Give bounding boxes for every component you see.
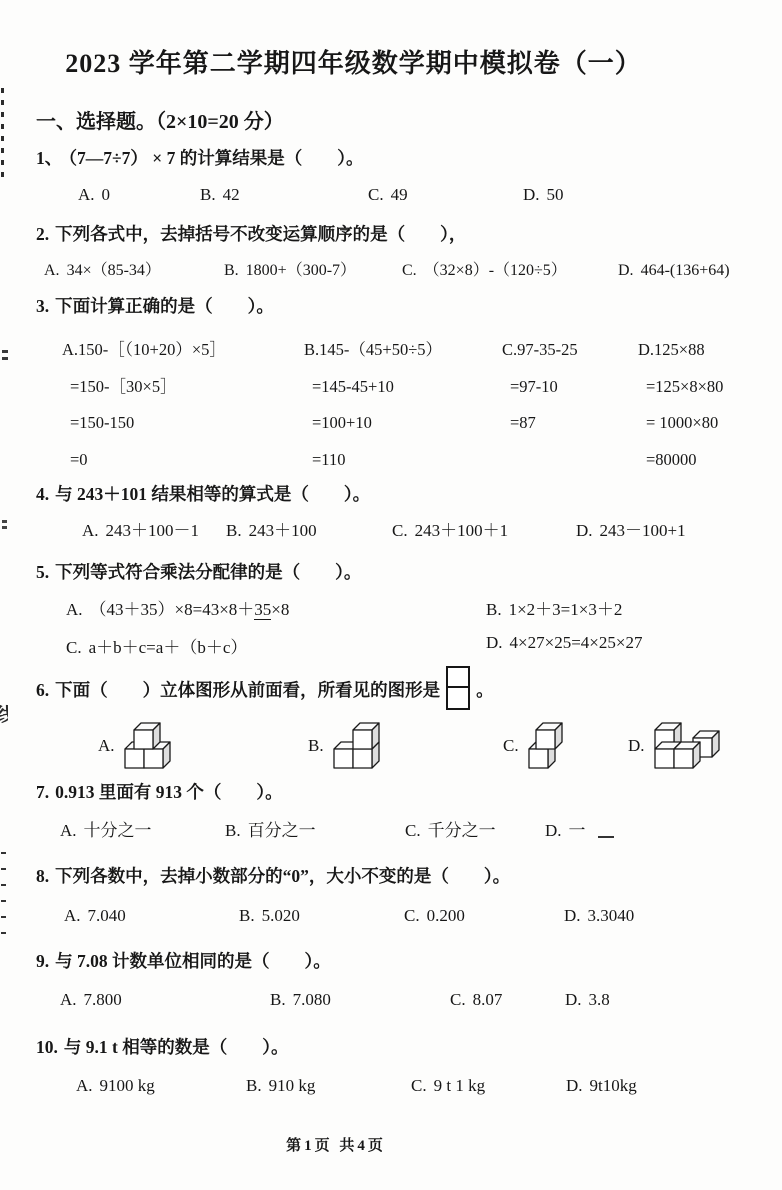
cube-figure-b [332,722,380,770]
option-a: A.7.800 [60,987,270,1012]
cube-figure-d [653,722,721,770]
option-text: （32×8）-（120÷5） [424,262,567,279]
option-text: 1800+（300-7） [246,262,356,279]
work-step: =0 [62,442,304,479]
option-b: B.910 kg [246,1073,411,1098]
option-c: C.243＋100＋1 [392,518,576,543]
question-number: 2. [36,224,49,244]
option-b: B.1×2＋3=1×3＋2 [486,595,766,620]
option-label: D. [618,262,634,279]
work-expression: 125×88 [654,340,705,359]
option-a: A. [98,722,308,770]
option-text: （43＋35）×8=43×8＋35×8 [90,600,290,620]
option-label: D. [576,521,593,540]
option-label: B. [224,262,239,279]
question-text: 下列各式中，去掉括号不改变运算顺序的是（ ）， [55,224,466,244]
option-text: 243＋100 [249,521,317,540]
option-text: 3.3040 [588,906,635,925]
question-7-stem: 7.0.913 里面有 913 个（ ）。 [36,780,766,805]
option-text: 49 [391,185,408,204]
option-label: C. [411,1076,427,1095]
question-4-options: A.243＋100－1 B.243＋100 C.243＋100＋1 D.243－… [36,518,766,543]
option-label: A. [62,340,78,359]
option-a: A.34×（85-34） [44,258,224,283]
option-text: 百分之一 [248,821,316,840]
option-label: D. [564,906,581,925]
option-label: D. [565,990,582,1009]
option-d: D.9t10kg [566,1073,766,1098]
question-8-options: A.7.040 B.5.020 C.0.200 D.3.3040 [36,903,766,928]
option-text: 910 kg [269,1076,316,1095]
question-4-stem: 4.与 243＋101 结果相等的算式是（ ）。 [36,482,766,507]
option-label: C. [402,262,417,279]
option-a: A.9100 kg [76,1073,246,1098]
question-1-options: A.0 B.42 C.49 D.50 [36,182,766,207]
option-b: B.百分之一 [225,818,405,843]
work-head: A.150-［（10+20）×5］ [62,332,304,369]
option-c: C.（32×8）-（120÷5） [402,258,618,283]
option-label: A. [60,821,77,840]
work-expression: 97-35-25 [517,340,578,359]
option-a: A.十分之一 [60,818,225,843]
option-text-pre: （43＋35）×8=43×8＋ [90,600,255,619]
question-number: 10. [36,1037,58,1057]
option-label: D. [486,633,503,652]
option-label: B. [270,990,286,1009]
question-text: 0.913 里面有 913 个（ ）。 [55,782,283,802]
option-text: 9 t 1 kg [434,1076,485,1095]
work-step: =80000 [638,442,766,479]
option-text-underlined: 35 [254,600,271,620]
option-label: B. [225,821,241,840]
cube-figure-a [123,722,171,770]
option-label: A. [76,1076,93,1095]
work-column-d: D.125×88 =125×8×80 = 1000×80 =80000 [638,332,766,478]
option-text: 34×（85-34） [67,262,161,279]
question-number: 7. [36,782,49,802]
option-label: C. [450,990,466,1009]
option-a: A.（43＋35）×8=43×8＋35×8 [66,595,486,620]
option-d: D.一 [545,818,766,843]
option-d: D.3.3040 [564,903,766,928]
option-b: B.243＋100 [226,518,392,543]
option-a: A.243＋100－1 [82,518,226,543]
option-label: B. [486,600,502,619]
question-number: 3. [36,296,49,316]
work-step: =110 [304,442,502,479]
question-9-stem: 9.与 7.08 计数单位相同的是（ ）。 [36,949,766,974]
option-label: C. [404,906,420,925]
option-label: A. [82,521,99,540]
question-number: 9. [36,951,49,971]
option-text: 5.020 [262,906,300,925]
question-2-stem: 2.下列各式中，去掉括号不改变运算顺序的是（ ）， [36,222,766,247]
option-label: B. [226,521,242,540]
question-10-stem: 10.与 9.1 t 相等的数是（ ）。 [36,1035,766,1060]
reference-figure-two-stacked-squares [446,666,470,710]
question-text: 与 7.08 计数单位相同的是（ ）。 [55,951,331,971]
option-label: C. [503,736,519,756]
option-text: 7.080 [293,990,331,1009]
question-9-options: A.7.800 B.7.080 C.8.07 D.3.8 [36,987,766,1012]
option-label: D. [628,736,645,756]
page-title: 2023 学年第二学期四年级数学期中模拟卷（一） [36,46,671,82]
page-footer: 第1页 共4页 [36,1134,766,1155]
option-c: C.a＋b＋c=a＋（b＋c） [66,633,486,658]
option-label: A. [44,262,60,279]
option-text: 千分之一 [428,821,496,840]
option-text: 1×2＋3=1×3＋2 [509,600,623,619]
option-d: D. [628,722,766,770]
option-d: D.464-(136+64) [618,258,766,283]
work-column-b: B.145-（45+50÷5） =145-45+10 =100+10 =110 [304,332,502,478]
option-label: A. [64,906,81,925]
question-6-options: A. B. C. D. [36,722,766,770]
question-5-options: A.（43＋35）×8=43×8＋35×8 B.1×2＋3=1×3＋2 C.a＋… [36,595,766,658]
option-label: B. [246,1076,262,1095]
option-text: 0 [102,185,111,204]
question-text: （7—7÷7） × 7 的计算结果是（ ）。 [68,148,363,168]
option-text: 9100 kg [100,1076,155,1095]
option-text: 243－100+1 [600,521,686,540]
option-label: C. [405,821,421,840]
question-number: 1、 [36,148,62,168]
option-text: a＋b＋c=a＋（b＋c） [89,638,248,657]
option-label: B. [308,736,324,756]
option-b: B.5.020 [239,903,404,928]
question-text: 下面（ ）立体图形从前面看，所看见的图形是 [55,680,440,700]
question-text-end: 。 [476,680,494,700]
option-text: 9t10kg [590,1076,637,1095]
option-a: A.0 [78,182,200,207]
option-text-post: ×8 [271,600,289,619]
option-text: 243＋100＋1 [415,521,509,540]
question-8-stem: 8.下列各数中，去掉小数部分的“0”，大小不变的是（ ）。 [36,864,766,889]
option-label: B. [304,340,319,359]
option-c: C.9 t 1 kg [411,1073,566,1098]
option-a: A.7.040 [64,903,239,928]
option-text: 42 [223,185,240,204]
question-6-stem: 6.下面（ ）立体图形从前面看，所看见的图形是。 [36,666,766,710]
option-label: B. [239,906,255,925]
exam-sheet: 2023 学年第二学期四年级数学期中模拟卷（一） 一、选择题。（2×10=20 … [0,0,782,1190]
option-b: B.42 [200,182,368,207]
option-d: D.3.8 [565,987,766,1012]
option-text: 7.800 [84,990,122,1009]
work-step: =125×8×80 [638,369,766,406]
work-step: = 1000×80 [638,405,766,442]
question-5-stem: 5.下列等式符合乘法分配律的是（ ）。 [36,560,766,585]
question-text: 与 243＋101 结果相等的算式是（ ）。 [55,484,370,504]
question-10-options: A.9100 kg B.910 kg C.9 t 1 kg D.9t10kg [36,1073,766,1098]
work-column-c: C.97-35-25 =97-10 =87 [502,332,638,478]
option-c: C.0.200 [404,903,564,928]
scan-smudge [598,836,614,838]
option-d: D.50 [523,182,766,207]
question-text: 下面计算正确的是（ ）。 [55,296,274,316]
option-c: C.千分之一 [405,818,545,843]
option-d: D.4×27×25=4×25×27 [486,633,766,658]
work-step: =100+10 [304,405,502,442]
option-label: C. [368,185,384,204]
work-expression: 145-（45+50÷5） [319,340,442,359]
option-label: A. [78,185,95,204]
option-text: 50 [547,185,564,204]
option-text: 0.200 [427,906,465,925]
option-text: 7.040 [88,906,126,925]
option-text: 3.8 [589,990,610,1009]
option-b: B. [308,722,503,770]
reference-figure-divider [448,686,468,688]
work-step: =87 [502,405,638,442]
work-step: =150-［30×5］ [62,369,304,406]
option-label: C. [66,638,82,657]
question-number: 4. [36,484,49,504]
work-head: D.125×88 [638,332,766,369]
option-c: C.8.07 [450,987,565,1012]
question-number: 5. [36,562,49,582]
option-label: D. [545,821,562,840]
option-b: B.1800+（300-7） [224,258,402,283]
question-7-options: A.十分之一 B.百分之一 C.千分之一 D.一 [36,818,766,843]
question-1-stem: 1、（7—7÷7） × 7 的计算结果是（ ）。 [36,146,766,171]
option-label: A. [66,600,83,619]
option-label: C. [392,521,408,540]
option-text: 8.07 [473,990,503,1009]
question-3-stem: 3.下面计算正确的是（ ）。 [36,294,766,319]
section-heading: 一、选择题。（2×10=20 分） [36,110,766,135]
option-c: C. [503,722,628,770]
option-label: D. [523,185,540,204]
question-number: 6. [36,680,49,700]
option-c: C.49 [368,182,523,207]
option-label: B. [200,185,216,204]
question-text: 下列等式符合乘法分配律的是（ ）。 [55,562,361,582]
question-text: 与 9.1 t 相等的数是（ ）。 [64,1037,289,1057]
option-b: B.7.080 [270,987,450,1012]
option-d: D.243－100+1 [576,518,766,543]
work-head: C.97-35-25 [502,332,638,369]
option-label: C. [502,340,517,359]
question-text: 下列各数中，去掉小数部分的“0”，大小不变的是（ ）。 [55,866,510,886]
option-text: 4×27×25=4×25×27 [510,633,643,652]
question-3-worked-options: A.150-［（10+20）×5］ =150-［30×5］ =150-150 =… [36,332,766,478]
option-label: A. [98,736,115,756]
question-number: 8. [36,866,49,886]
work-step: =145-45+10 [304,369,502,406]
option-text: 464-(136+64) [641,262,730,279]
option-text: 243＋100－1 [106,521,200,540]
option-text: 十分之一 [84,821,152,840]
work-head: B.145-（45+50÷5） [304,332,502,369]
work-step: =97-10 [502,369,638,406]
work-column-a: A.150-［（10+20）×5］ =150-［30×5］ =150-150 =… [62,332,304,478]
work-expression: 150-［（10+20）×5］ [78,340,226,359]
option-label: A. [60,990,77,1009]
cube-figure-c [527,722,565,770]
option-text: 一 [569,821,586,840]
question-2-options: A.34×（85-34） B.1800+（300-7） C.（32×8）-（12… [36,258,766,283]
option-label: D. [566,1076,583,1095]
work-step: =150-150 [62,405,304,442]
option-label: D. [638,340,654,359]
